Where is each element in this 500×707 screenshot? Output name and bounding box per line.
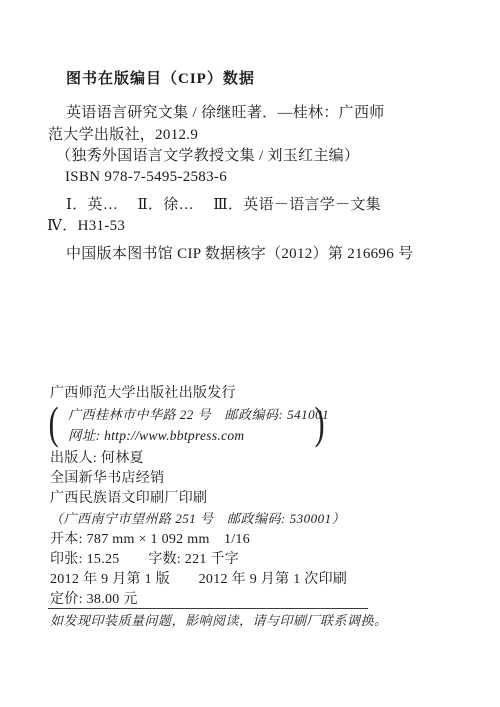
sheets-and-wordcount-line: 印张: 15.25 字数: 221 千字 xyxy=(50,551,239,569)
cip-heading: 图书在版编目（CIP）数据 xyxy=(66,70,255,89)
printer-line: 广西民族语文印刷厂印刷 xyxy=(50,490,207,508)
left-parenthesis-bracket: ( xyxy=(49,400,59,446)
cip-classification-line-2: Ⅳ．H31-53 xyxy=(47,217,125,236)
publisher-address: 广西桂林市中华路 22 号 邮政编码: 541001 xyxy=(68,407,329,423)
publisher-website: 网址: http://www.bbtpress.com xyxy=(68,428,244,445)
cip-classification-line-1: Ⅰ．英… Ⅱ．徐… Ⅲ．英语－语言学－文集 xyxy=(66,196,381,215)
printer-address: （广西南宁市望州路 251 号 邮政编码: 530001） xyxy=(50,511,345,527)
print-quality-note: 如发现印装质量问题，影响阅读，请与印刷厂联系调换。 xyxy=(50,613,388,629)
edition-line: 2012 年 9 月第 1 版 2012 年 9 月第 1 次印刷 xyxy=(50,571,347,589)
distribution-line: 全国新华书店经销 xyxy=(50,470,164,488)
publisher-person-line: 出版人: 何林夏 xyxy=(50,450,144,468)
copyright-page: 图书在版编目（CIP）数据 英语语言研究文集 / 徐继旺著．—桂林：广西师 范大… xyxy=(0,0,500,707)
isbn-number: ISBN 978-7-5495-2583-6 xyxy=(65,168,227,187)
publisher-line: 广西师范大学出版社出版发行 xyxy=(50,385,236,403)
cip-series-line: （独秀外国语言文学教授文集 / 刘玉红主编） xyxy=(56,147,359,166)
horizontal-rule xyxy=(48,608,368,609)
right-parenthesis-bracket: ) xyxy=(315,400,325,446)
format-line: 开本: 787 mm × 1 092 mm 1/16 xyxy=(50,531,250,549)
cip-registry-number: 中国版本图书馆 CIP 数据核字（2012）第 216696 号 xyxy=(66,245,413,264)
price-line: 定价: 38.00 元 xyxy=(50,591,138,609)
cip-record-line-1: 英语语言研究文集 / 徐继旺著．—桂林：广西师 xyxy=(66,104,385,123)
cip-record-line-2: 范大学出版社，2012.9 xyxy=(48,126,198,145)
